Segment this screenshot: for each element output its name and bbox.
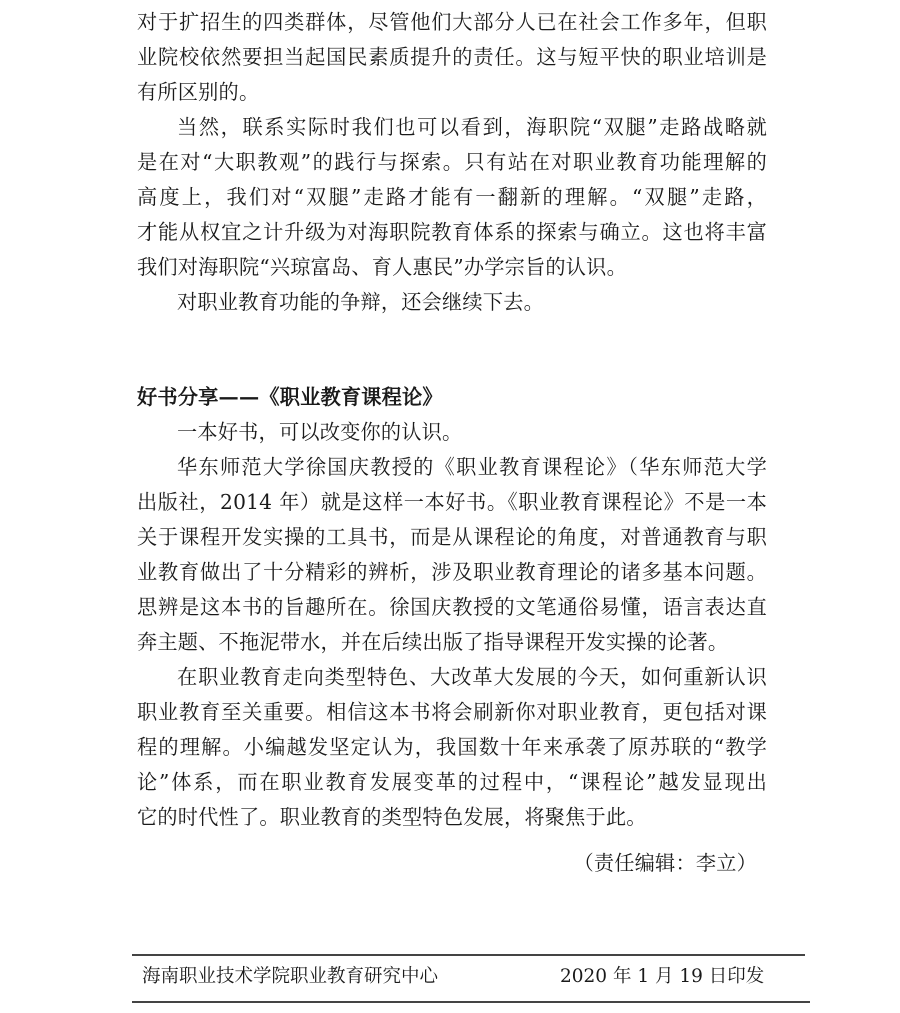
text-line: 程的理解。小编越发坚定认为，我国数十年来承袭了原苏联的“教学 <box>137 730 767 765</box>
text-line: 在职业教育走向类型特色、大改革大发展的今天，如何重新认识 <box>137 660 767 695</box>
text-line: 关于课程开发实操的工具书，而是从课程论的角度，对普通教育与职 <box>137 520 767 555</box>
text-line: 才能从权宜之计升级为对海职院教育体系的探索与确立。这也将丰富 <box>137 215 767 250</box>
text-line: 出版社，2014 年）就是这样一本好书。《职业教育课程论》不是一本 <box>137 485 767 520</box>
text-line: 高度上，我们对“双腿”走路才能有一翻新的理解。“双腿”走路， <box>137 180 767 215</box>
text-line: 一本好书，可以改变你的认识。 <box>137 415 767 450</box>
text-line: 思辨是这本书的旨趣所在。徐国庆教授的文笔通俗易懂，语言表达直 <box>137 590 767 625</box>
text-line: 奔主题、不拖泥带水，并在后续出版了指导课程开发实操的论著。 <box>137 625 767 660</box>
text-line: 业教育做出了十分精彩的辨析，涉及职业教育理论的诸多基本问题。 <box>137 555 767 590</box>
text-line: 对职业教育功能的争辩，还会继续下去。 <box>137 285 767 320</box>
footer-bottom-rule <box>132 1001 810 1003</box>
footer-top-rule <box>132 954 805 956</box>
text-line: 当然，联系实际时我们也可以看到，海职院“双腿”走路战略就 <box>137 110 767 145</box>
text-line: 有所区别的。 <box>137 75 767 110</box>
text-line: 我们对海职院“兴琼富岛、育人惠民”办学宗旨的认识。 <box>137 250 767 285</box>
text-line: 华东师范大学徐国庆教授的《职业教育课程论》（华东师范大学 <box>137 450 767 485</box>
footer-publisher: 海南职业技术学院职业教育研究中心 <box>142 962 438 992</box>
text-line: 论”体系，而在职业教育发展变革的过程中，“课程论”越发显现出 <box>137 765 767 800</box>
text-line: 业院校依然要担当起国民素质提升的责任。这与短平快的职业培训是 <box>137 40 767 75</box>
text-line: 是在对“大职教观”的践行与探索。只有站在对职业教育功能理解的 <box>137 145 767 180</box>
text-line: 职业教育至关重要。相信这本书将会刷新你对职业教育，更包括对课 <box>137 695 767 730</box>
footer-issue-date: 2020 年 1 月 19 日印发 <box>560 962 764 992</box>
editor-note: （责任编辑：李立） <box>137 846 767 881</box>
text-line: 对于扩招生的四类群体，尽管他们大部分人已在社会工作多年，但职 <box>137 5 767 40</box>
text-line: 它的时代性了。职业教育的类型特色发展，将聚焦于此。 <box>137 800 767 835</box>
section-heading: 好书分享——《职业教育课程论》 <box>137 380 767 415</box>
